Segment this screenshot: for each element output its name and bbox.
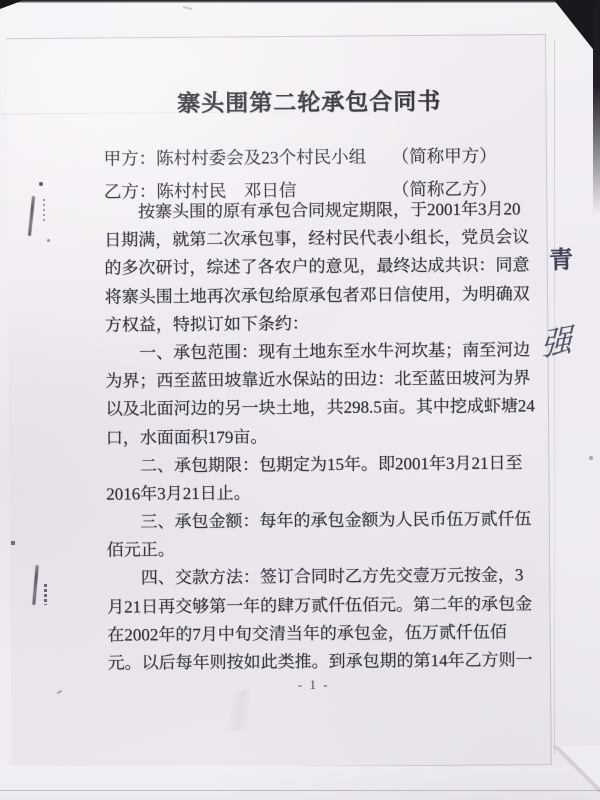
scanned-contract-photo: 寨头围第二轮承包合同书 甲方：陈村村委会及23个村民小组 （简称甲方） 乙方：陈… (0, 0, 600, 800)
contract-text-line: 四、交款方法：签订合同时乙方先交壹万元按金，3 (107, 562, 536, 594)
contract-text-line: 将寨头围土地再次承包给原承包者邓日信使用，为明确双 (105, 280, 534, 312)
contract-text-line: 2016年3月21日止。 (106, 477, 535, 509)
page-number: - 1 - (108, 675, 520, 694)
contract-text-line: 二、承包期限：包期定为15年。即2001年3月21日至 (106, 449, 535, 481)
staple-ink-marks-top (43, 199, 45, 224)
contract-text-line: 口，水面面积179亩。 (106, 421, 535, 453)
contract-text-line: 方权益，特拟订如下条约： (105, 308, 534, 340)
printed-text-layer: 寨头围第二轮承包合同书 甲方：陈村村委会及23个村民小组 （简称甲方） 乙方：陈… (103, 82, 520, 725)
contract-text-line: 在2002年的7月中旬交清当年的承包金，伍万贰仟伍佰 (107, 618, 536, 650)
paper-crease-vertical (554, 40, 555, 755)
staple-hole-dot (39, 182, 43, 186)
scan-edge-top (0, 0, 600, 3)
under-page-bottom-edge (0, 766, 600, 800)
under-page-bottom-line (0, 790, 600, 791)
staple-ink-marks-bottom (44, 584, 47, 605)
document-title: 寨头围第二轮承包合同书 (103, 82, 515, 118)
contract-text-line: 月21日再交够第一年的肆万贰仟伍佰元。第二年的承包金 (107, 590, 536, 622)
contract-text-line: 按寨头围的原有承包合同规定期限，于2001年3月20 (104, 195, 533, 227)
contract-text-line: 元。以后每年则按如此类推。到承包期的第14年乙方则一 (107, 646, 536, 678)
contract-text-line: 为界；西至蓝田坡靠近水保站的田边：北至蓝田坡河为界 (105, 364, 534, 396)
contract-text-line: 一、承包范围：现有土地东至水牛河坎基；南至河边 (105, 336, 534, 368)
handwritten-note: 青 (548, 240, 573, 276)
contract-text-line: 三、承包金额：每年的承包金额为人民币伍万贰仟伍 (106, 505, 535, 537)
rust-stain (589, 456, 593, 460)
contract-body: 按寨头围的原有承包合同规定期限，于2001年3月20日期满，就第二次承包事，经村… (104, 195, 537, 678)
scan-edge-right (593, 0, 600, 215)
party-text: 甲方：陈村村委会及23个村民小组 (104, 147, 367, 169)
party-line: 甲方：陈村村委会及23个村民小组 （简称甲方） (103, 139, 515, 175)
contract-text-line: 以及北面河边的另一块土地，共298.5亩。其中挖成虾塘24 (105, 393, 534, 425)
handwritten-note: 强 (541, 314, 572, 365)
party-alias: （简称甲方） (391, 140, 496, 174)
contract-text-line: 佰元正。 (107, 534, 536, 566)
contract-text-line: 的多次研讨，综述了各农户的意见，最终达成共识：同意 (104, 252, 533, 284)
contract-text-line: 日期满，就第二次承包事，经村民代表小组长，党员会议 (104, 223, 533, 255)
ink-speck (11, 541, 15, 545)
ink-speck (47, 239, 50, 242)
corner-fold (542, 746, 600, 800)
